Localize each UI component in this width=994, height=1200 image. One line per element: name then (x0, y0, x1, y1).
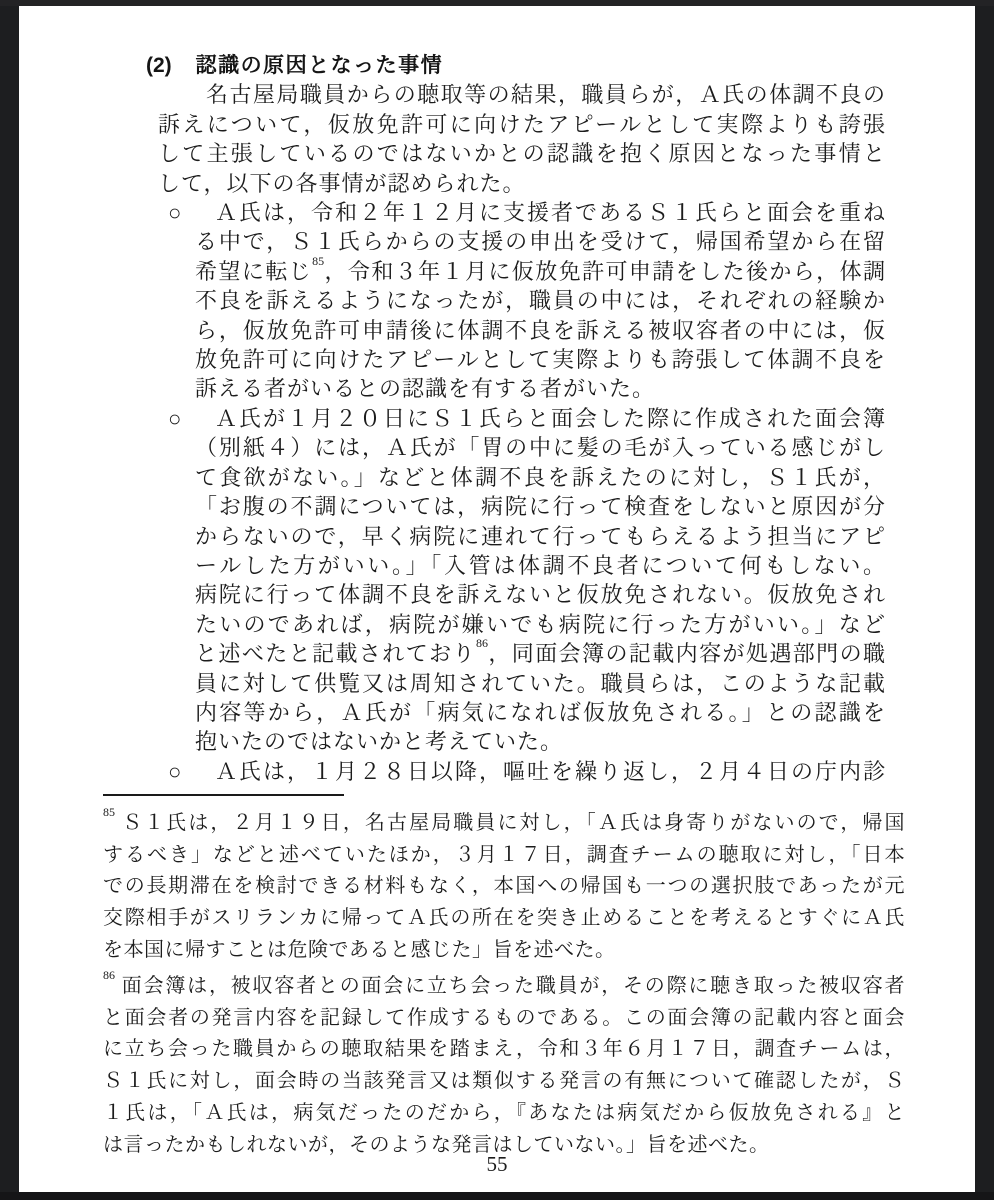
bullet-list: ○Ａ氏は，令和２年１２月に支援者であるＳ１氏らと面会を重ねる中で，Ｓ１氏らからの… (19, 198, 975, 786)
viewer-background: (2)認識の原因となった事情 名古屋局職員からの聴取等の結果，職員らが，Ａ氏の体… (0, 0, 994, 1200)
text-line: での長期滞在を検討できる材料もなく，本国への帰国も一つの選択肢であったが元 (103, 871, 905, 903)
footnote-reference: 85 (103, 805, 115, 819)
text-line: （別紙４）には，Ａ氏が「胃の中に髪の毛が入っている感じがし (195, 433, 886, 462)
intro-paragraph: 名古屋局職員からの聴取等の結果，職員らが，Ａ氏の体調不良の訴えについて，仮放免許… (158, 80, 886, 198)
list-bullet: ○ (168, 404, 181, 433)
text-line: 交際相手がスリランカに帰ってＡ氏の所在を突き止めることを考えるとすぐにＡ氏 (103, 903, 905, 935)
document-page: (2)認識の原因となった事情 名古屋局職員からの聴取等の結果，職員らが，Ａ氏の体… (19, 6, 975, 1192)
list-bullet: ○ (168, 757, 181, 786)
text-line: して，以下の各事情が認められた。 (158, 169, 886, 198)
text-line: Ａ氏が１月２０日にＳ１氏らと面会した際に作成された面会簿 (195, 404, 886, 433)
text-line: 病院に行って体調不良を訴えないと仮放免されない。仮放免され (195, 580, 886, 609)
document-content: (2)認識の原因となった事情 名古屋局職員からの聴取等の結果，職員らが，Ａ氏の体… (19, 51, 975, 786)
footnote-85: 85 Ｓ１氏は，２月１９日，名古屋局職員に対し，「Ａ氏は身寄りがないので，帰国す… (103, 808, 905, 967)
text-line: 「お腹の不調については，病院に行って検査をしないと原因が分 (195, 492, 886, 521)
text-line: 抱いたのではないかと考えていた。 (195, 727, 886, 756)
footnote-reference: 86 (476, 636, 488, 650)
text-line: 内容等から，Ａ氏が「病気になれば仮放免される。」との認識を (195, 698, 886, 727)
text-line: 訴えについて，仮放免許可に向けたアピールとして実際よりも誇張 (158, 110, 886, 139)
list-item: ○Ａ氏は，１月２８日以降，嘔吐を繰り返し，２月４日の庁内診 (168, 757, 886, 786)
text-line: ら，仮放免許可申請後に体調不良を訴える被収容者の中には，仮 (195, 316, 886, 345)
section-number: (2) (146, 51, 172, 80)
text-line: 訴える者がいるとの認識を有する者がいた。 (195, 374, 886, 403)
list-item: ○Ａ氏は，令和２年１２月に支援者であるＳ１氏らと面会を重ねる中で，Ｓ１氏らからの… (168, 198, 886, 404)
text-line: 85 Ｓ１氏は，２月１９日，名古屋局職員に対し，「Ａ氏は身寄りがないので，帰国 (103, 808, 905, 840)
text-line: と面会者の発言内容を記録して作成するものである。この面会簿の記載内容と面会 (103, 1003, 905, 1035)
text-line: ールした方がいい。」「入管は体調不良者について何もしない。 (195, 551, 886, 580)
footnote-reference: 86 (103, 968, 115, 982)
text-line: を本国に帰すことは危険であると感じた」旨を述べた。 (103, 935, 905, 967)
text-line: １氏は，「Ａ氏は，病気だったのだから，『あなたは病気だから仮放免される』と (103, 1098, 905, 1130)
section-title: 認識の原因となった事情 (196, 54, 444, 77)
text-line: 員に対して供覧又は周知されていた。職員らは，このような記載 (195, 669, 886, 698)
text-line: 名古屋局職員からの聴取等の結果，職員らが，Ａ氏の体調不良の (158, 80, 886, 109)
text-line: 不良を訴えるようになったが，職員の中には，それぞれの経験か (195, 286, 886, 315)
text-line: するべき」などと述べていたほか，３月１７日，調査チームの聴取に対し，「日本 (103, 840, 905, 872)
text-line: Ｓ１氏に対し，面会時の当該発言又は類似する発言の有無について確認したが，Ｓ (103, 1066, 905, 1098)
text-line: からないので，早く病院に連れて行ってもらえるよう担当にアピ (195, 522, 886, 551)
text-line: たいのであれば，病院が嫌いでも病院に行った方がいい。」など (195, 610, 886, 639)
text-line: Ａ氏は，令和２年１２月に支援者であるＳ１氏らと面会を重ね (195, 198, 886, 227)
footnote-separator (103, 794, 344, 796)
text-line: る中で，Ｓ１氏らからの支援の申出を受けて，帰国希望から在留 (195, 227, 886, 256)
footnote-86: 86 面会簿は，被収容者との面会に立ち会った職員が，その際に聴き取った被収容者と… (103, 971, 905, 1161)
section-heading: (2)認識の原因となった事情 (146, 51, 975, 80)
text-line: に立ち会った職員からの聴取結果を踏まえ，令和３年６月１７日，調査チームは， (103, 1034, 905, 1066)
text-line: して主張しているのではないかとの認識を抱く原因となった事情と (158, 139, 886, 168)
text-line: 希望に転じ85，令和３年１月に仮放免許可申請をした後から，体調 (195, 257, 886, 286)
page-number: 55 (19, 1150, 975, 1179)
text-line: 放免許可に向けたアピールとして実際よりも誇張して体調不良を (195, 345, 886, 374)
text-line: Ａ氏は，１月２８日以降，嘔吐を繰り返し，２月４日の庁内診 (195, 757, 886, 786)
text-line: 86 面会簿は，被収容者との面会に立ち会った職員が，その際に聴き取った被収容者 (103, 971, 905, 1003)
list-bullet: ○ (168, 198, 181, 227)
text-line: て食欲がない。」などと体調不良を訴えたのに対し，Ｓ１氏が， (195, 463, 886, 492)
text-line: と述べたと記載されており86，同面会簿の記載内容が処遇部門の職 (195, 639, 886, 668)
footnote-reference: 85 (312, 254, 324, 268)
viewer-bottom-bar (0, 1192, 994, 1200)
list-item: ○Ａ氏が１月２０日にＳ１氏らと面会した際に作成された面会簿（別紙４）には，Ａ氏が… (168, 404, 886, 757)
